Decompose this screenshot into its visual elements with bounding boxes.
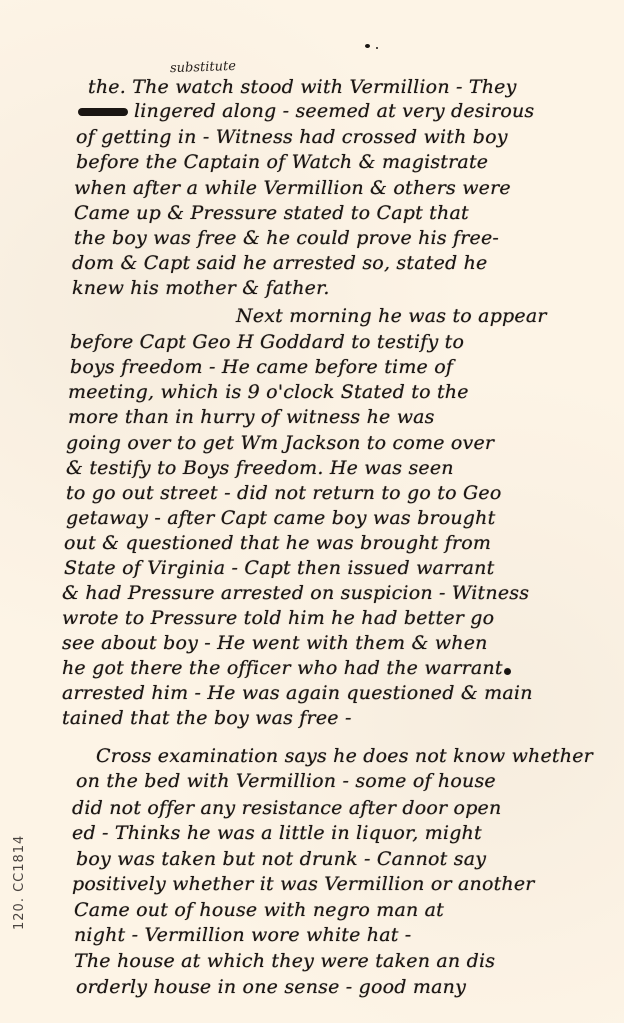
manuscript-line: dom & Capt said he arrested so, stated h… bbox=[72, 252, 488, 274]
line-text: lingered along - seemed at very desirous bbox=[134, 100, 534, 122]
ink-speck bbox=[376, 47, 378, 49]
manuscript-line: getaway - after Capt came boy was brough… bbox=[66, 507, 495, 529]
manuscript-line: the. The watch stood with Vermillion - T… bbox=[88, 76, 517, 98]
manuscript-line: positively whether it was Vermillion or … bbox=[72, 873, 535, 895]
manuscript-line: Cross examination says he does not know … bbox=[96, 745, 593, 767]
manuscript-line: tained that the boy was free - bbox=[62, 707, 352, 729]
manuscript-line: did not offer any resistance after door … bbox=[72, 797, 501, 819]
manuscript-line: night - Vermillion wore white hat - bbox=[74, 924, 411, 946]
manuscript-line: before the Captain of Watch & magistrate bbox=[76, 151, 488, 173]
manuscript-line: before Capt Geo H Goddard to testify to bbox=[70, 331, 464, 353]
manuscript-line: to go out street - did not return to go … bbox=[66, 482, 501, 504]
interlinear-insertion: substitute bbox=[170, 59, 236, 76]
manuscript-line: lingered along - seemed at very desirous bbox=[78, 100, 534, 122]
manuscript-line: wrote to Pressure told him he had better… bbox=[62, 607, 494, 629]
manuscript-line: of getting in - Witness had crossed with… bbox=[76, 126, 508, 148]
manuscript-line: ed - Thinks he was a little in liquor, m… bbox=[72, 822, 482, 844]
manuscript-line: orderly house in one sense - good many bbox=[76, 976, 466, 998]
margin-catalog-note: 120. CC1814 bbox=[12, 835, 27, 930]
manuscript-line: out & questioned that he was brought fro… bbox=[64, 532, 491, 554]
manuscript-line: the boy was free & he could prove his fr… bbox=[74, 227, 499, 249]
manuscript-line: when after a while Vermillion & others w… bbox=[74, 177, 511, 199]
manuscript-line: State of Virginia - Capt then issued war… bbox=[64, 557, 494, 579]
manuscript-page: substitute the. The watch stood with Ver… bbox=[0, 0, 624, 1023]
manuscript-line: Came up & Pressure stated to Capt that bbox=[74, 202, 469, 224]
manuscript-line: knew his mother & father. bbox=[72, 277, 330, 299]
manuscript-line: Came out of house with negro man at bbox=[74, 899, 444, 921]
manuscript-line: boy was taken but not drunk - Cannot say bbox=[76, 848, 486, 870]
manuscript-line: The house at which they were taken an di… bbox=[74, 950, 495, 972]
manuscript-line: on the bed with Vermillion - some of hou… bbox=[76, 770, 496, 792]
manuscript-line: meeting, which is 9 o'clock Stated to th… bbox=[68, 381, 469, 403]
ink-speck bbox=[365, 44, 370, 48]
ink-speck bbox=[504, 668, 511, 675]
manuscript-line: see about boy - He went with them & when bbox=[62, 632, 488, 654]
manuscript-line: he got there the officer who had the war… bbox=[62, 657, 503, 679]
manuscript-line: & had Pressure arrested on suspicion - W… bbox=[62, 582, 529, 604]
manuscript-line: more than in hurry of witness he was bbox=[68, 406, 435, 428]
manuscript-line: going over to get Wm Jackson to come ove… bbox=[66, 432, 494, 454]
manuscript-line: Next morning he was to appear bbox=[236, 305, 547, 327]
manuscript-line: arrested him - He was again questioned &… bbox=[62, 682, 533, 704]
manuscript-line: boys freedom - He came before time of bbox=[70, 356, 453, 378]
manuscript-line: & testify to Boys freedom. He was seen bbox=[66, 457, 454, 479]
ink-blot bbox=[78, 108, 128, 116]
